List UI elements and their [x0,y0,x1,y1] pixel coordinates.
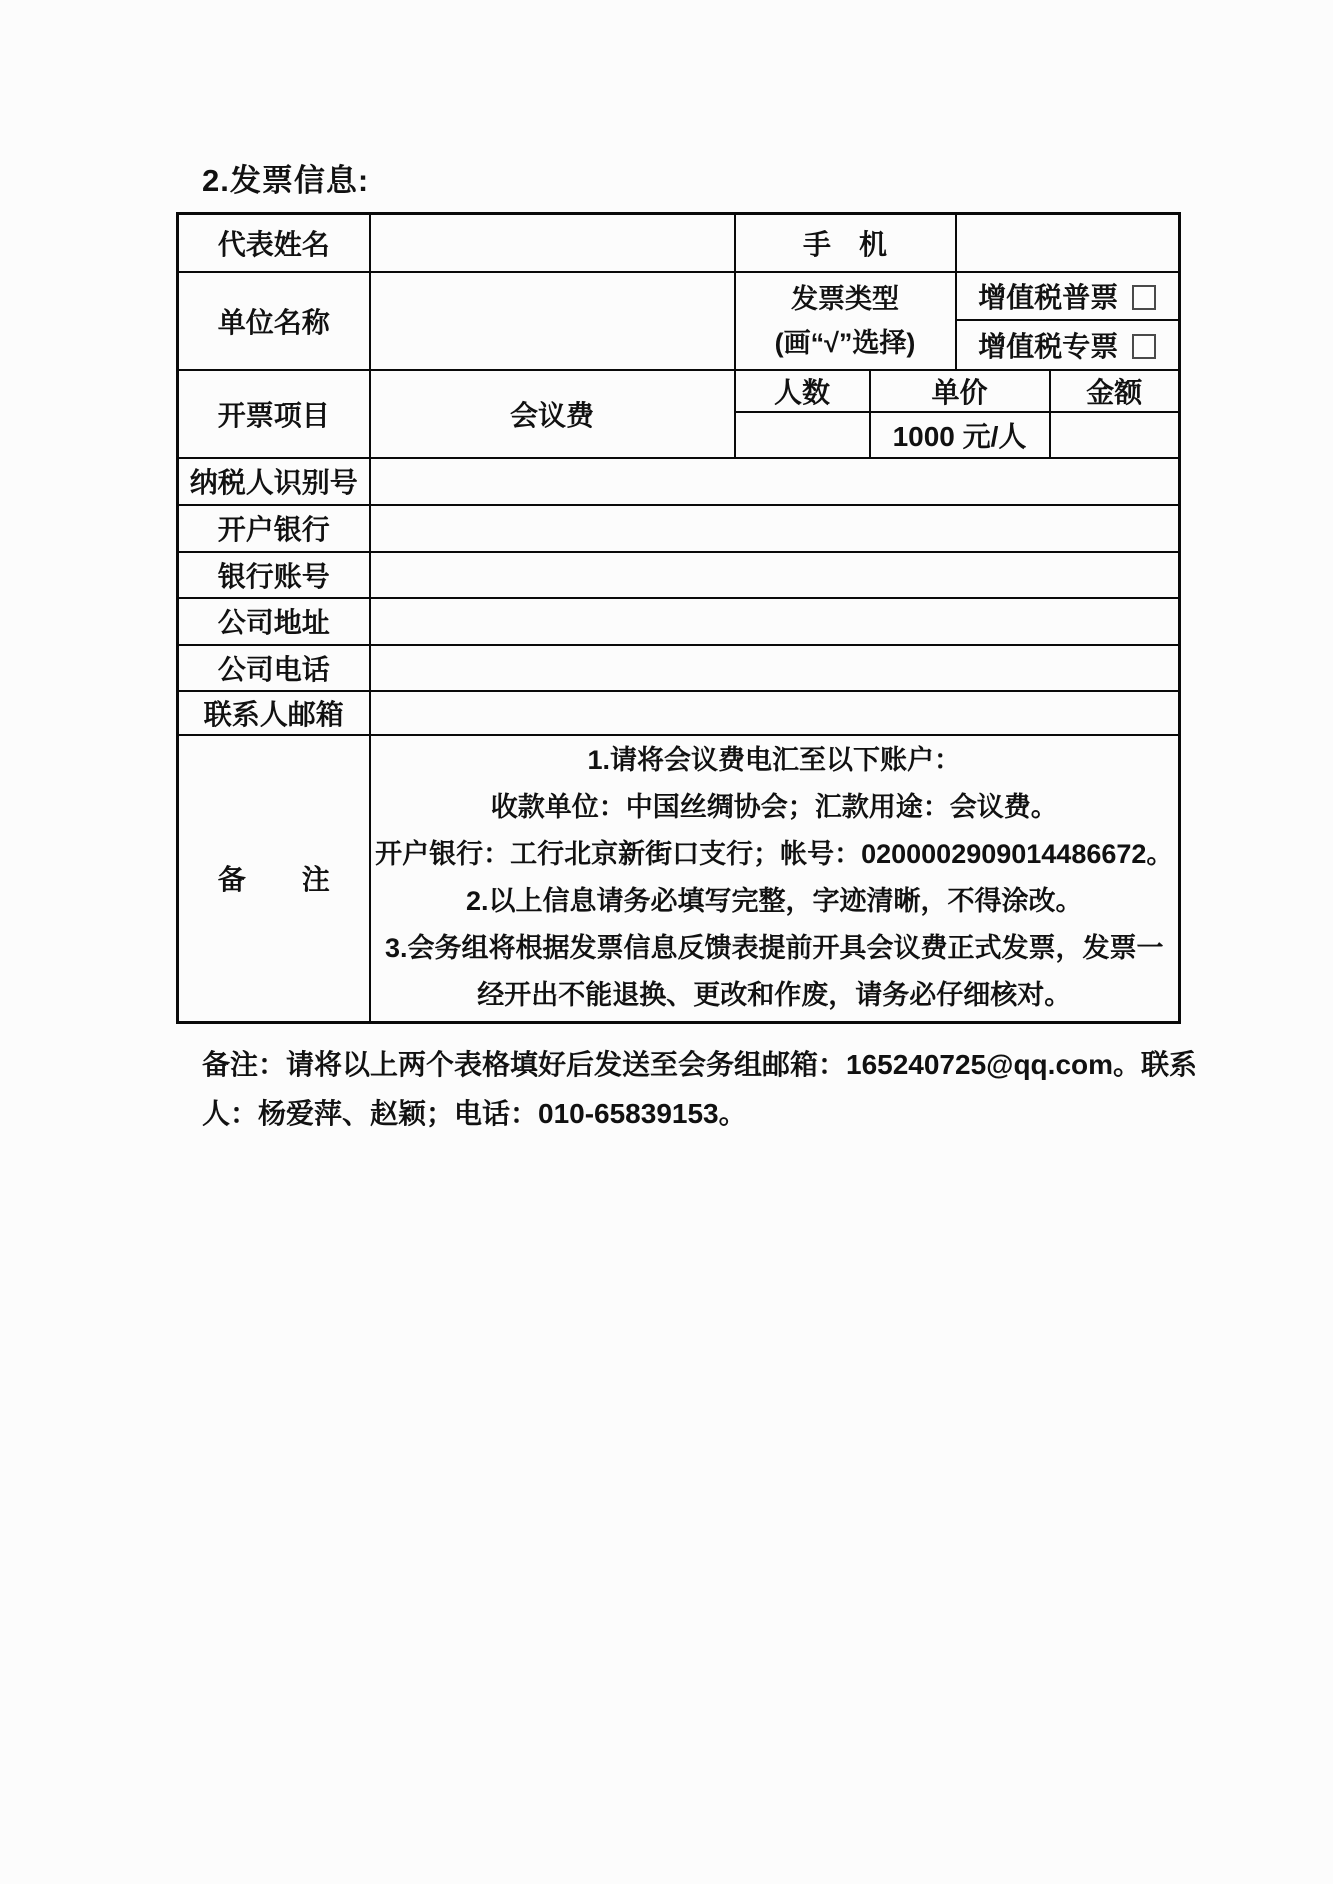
remarks-line: 3.会务组将根据发票信息反馈表提前开具会议费正式发票，发票一 [371,925,1179,972]
vat-special-checkbox[interactable] [1132,334,1156,359]
table-row: 备 注 1.请将会议费电汇至以下账户： 收款单位：中国丝绸协会；汇款用途：会议费… [178,735,1180,1023]
remarks-line: 1.请将会议费电汇至以下账户： [371,737,1179,784]
company-name-value-cell[interactable] [370,272,735,370]
document-page: 2.发票信息: 代表姓名 手 机 单位名称 发票类型 (画“√”选择) [0,0,1333,1884]
footnote: 备注：请将以上两个表格填好后发送至会务组邮箱：165240725@qq.com。… [202,1040,1197,1138]
rep-name-value-cell[interactable] [370,214,735,272]
company-address-label: 公司地址 [178,598,370,645]
headcount-value-cell[interactable] [735,412,870,458]
bank-label: 开户银行 [178,505,370,552]
footnote-line-1: 备注：请将以上两个表格填好后发送至会务组邮箱：165240725@qq.com。… [202,1040,1197,1089]
taxpayer-id-label: 纳税人识别号 [178,458,370,505]
bank-value-cell[interactable] [370,505,1180,552]
taxpayer-id-value-cell[interactable] [370,458,1180,505]
vat-general-checkbox[interactable] [1132,285,1156,310]
amount-label: 金额 [1050,370,1180,412]
invoice-type-label: 发票类型 (画“√”选择) [735,272,956,370]
table-row: 公司地址 [178,598,1180,645]
footnote-line-2: 人：杨爱萍、赵颖；电话：010-65839153。 [202,1089,1197,1138]
invoice-type-label-line1: 发票类型 [736,277,955,321]
unit-price-value: 1000 元/人 [870,412,1050,458]
amount-value-cell[interactable] [1050,412,1180,458]
remarks-label: 备 注 [178,735,370,1023]
mobile-value-cell[interactable] [956,214,1180,272]
contact-email-value-cell[interactable] [370,691,1180,735]
table-row: 单位名称 发票类型 (画“√”选择) 增值税普票 [178,272,1180,320]
bank-account-value-cell[interactable] [370,552,1180,598]
company-name-label: 单位名称 [178,272,370,370]
table-row: 公司电话 [178,645,1180,691]
billing-item-label: 开票项目 [178,370,370,458]
headcount-label: 人数 [735,370,870,412]
table-row: 银行账号 [178,552,1180,598]
table-row: 纳税人识别号 [178,458,1180,505]
remarks-line: 2.以上信息请务必填写完整，字迹清晰，不得涂改。 [371,878,1179,925]
company-phone-label: 公司电话 [178,645,370,691]
remarks-line: 开户银行：工行北京新街口支行；帐号：0200002909014486672。 [371,831,1179,878]
table-row: 代表姓名 手 机 [178,214,1180,272]
contact-email-label: 联系人邮箱 [178,691,370,735]
bank-account-label: 银行账号 [178,552,370,598]
vat-general-option: 增值税普票 [956,272,1180,320]
table-row: 联系人邮箱 [178,691,1180,735]
vat-special-option: 增值税专票 [956,320,1180,370]
section-heading: 2.发票信息: [202,155,369,200]
company-phone-value-cell[interactable] [370,645,1180,691]
company-address-value-cell[interactable] [370,598,1180,645]
invoice-type-label-line2: (画“√”选择) [736,321,955,365]
unit-price-label: 单价 [870,370,1050,412]
vat-special-label: 增值税专票 [978,331,1118,362]
remarks-content: 1.请将会议费电汇至以下账户： 收款单位：中国丝绸协会；汇款用途：会议费。 开户… [370,735,1180,1023]
billing-item-value: 会议费 [370,370,735,458]
vat-general-label: 增值税普票 [978,282,1118,313]
remarks-line: 经开出不能退换、更改和作废，请务必仔细核对。 [371,972,1179,1019]
invoice-info-table: 代表姓名 手 机 单位名称 发票类型 (画“√”选择) 增值税普票 增值税专票 [176,212,1181,1024]
mobile-label: 手 机 [735,214,956,272]
table-row: 开户银行 [178,505,1180,552]
table-row: 开票项目 会议费 人数 单价 金额 [178,370,1180,412]
rep-name-label: 代表姓名 [178,214,370,272]
remarks-line: 收款单位：中国丝绸协会；汇款用途：会议费。 [371,784,1179,831]
